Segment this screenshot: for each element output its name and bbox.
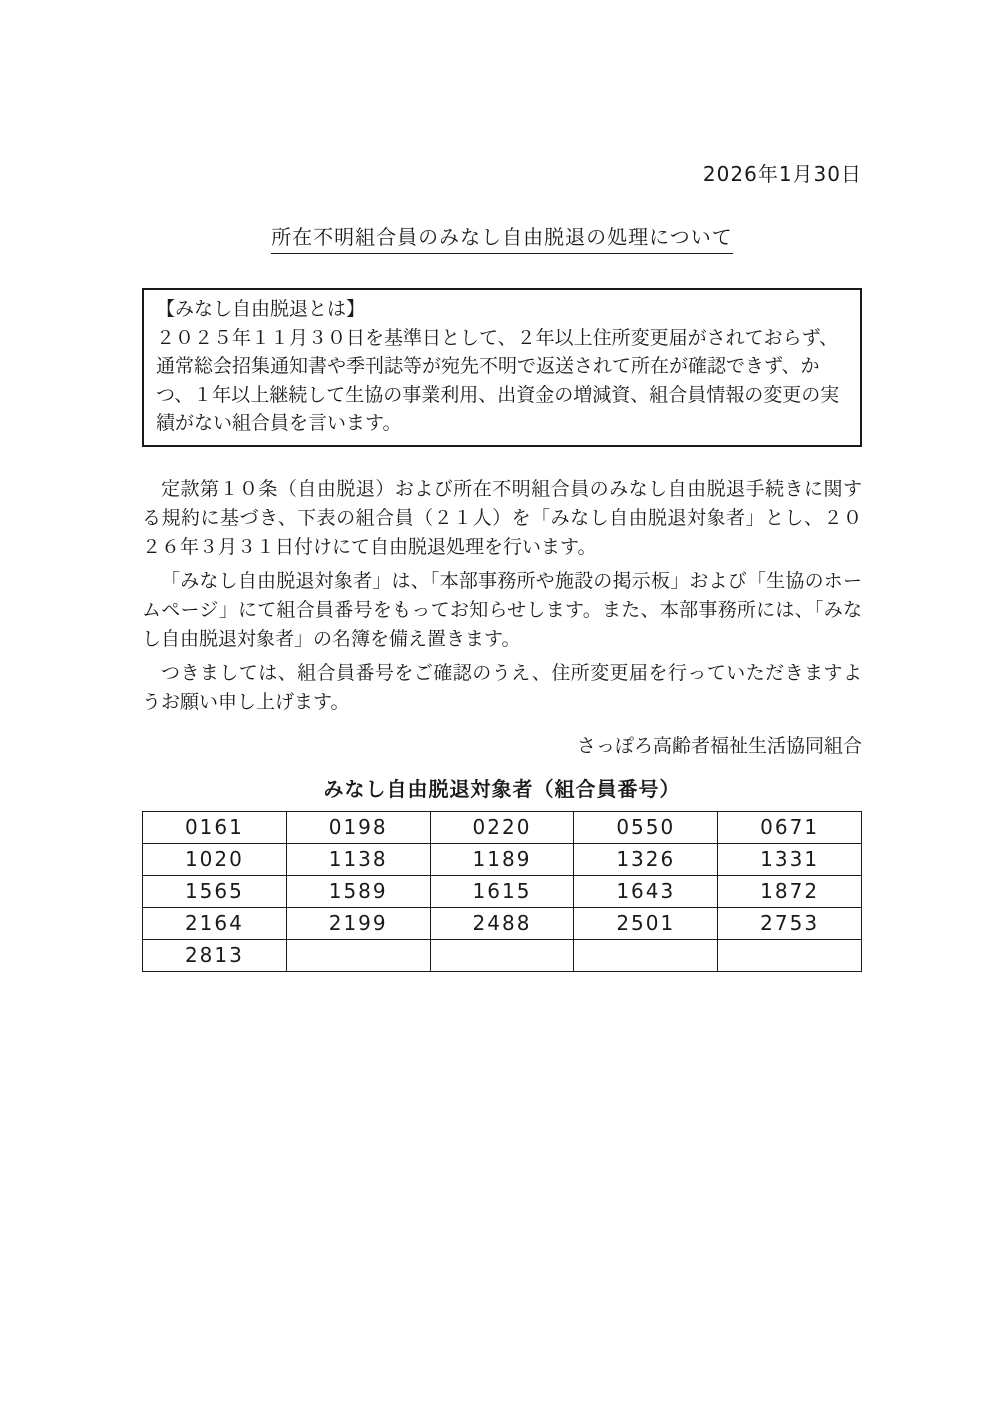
- member-number-cell: 2501: [574, 907, 718, 939]
- member-number-cell: 1020: [143, 843, 287, 875]
- member-number-cell: 0198: [286, 811, 430, 843]
- member-number-cell: 2753: [718, 907, 862, 939]
- definition-box: 【みなし自由脱退とは】 ２０２５年１１月３０日を基準日として、２年以上住所変更届…: [142, 288, 862, 447]
- member-number-cell: 1615: [430, 875, 574, 907]
- member-number-cell: 2199: [286, 907, 430, 939]
- table-row: 2813: [143, 939, 862, 971]
- document-content: 2026年1月30日 所在不明組合員のみなし自由脱退の処理について 【みなし自由…: [142, 0, 862, 972]
- member-number-cell: [718, 939, 862, 971]
- body-paragraph-1: 定款第１０条（自由脱退）および所在不明組合員のみなし自由脱退手続きに関する規約に…: [142, 475, 862, 562]
- member-number-cell: 1643: [574, 875, 718, 907]
- member-number-cell: 2164: [143, 907, 287, 939]
- table-row: 1565 1589 1615 1643 1872: [143, 875, 862, 907]
- member-number-cell: 2488: [430, 907, 574, 939]
- document-title-row: 所在不明組合員のみなし自由脱退の処理について: [142, 224, 862, 254]
- member-number-cell: 1589: [286, 875, 430, 907]
- organization-name: さっぽろ高齢者福祉生活協同組合: [142, 732, 862, 761]
- table-title: みなし自由脱退対象者（組合員番号）: [142, 775, 862, 804]
- member-number-cell: 1326: [574, 843, 718, 875]
- member-number-table: 0161 0198 0220 0550 0671 1020 1138 1189 …: [142, 811, 862, 972]
- definition-box-heading: 【みなし自由脱退とは】: [156, 295, 848, 324]
- member-number-cell: 1138: [286, 843, 430, 875]
- member-number-cell: [430, 939, 574, 971]
- document-date: 2026年1月30日: [142, 0, 862, 188]
- document-title: 所在不明組合員のみなし自由脱退の処理について: [271, 224, 733, 254]
- member-number-cell: 1331: [718, 843, 862, 875]
- member-number-cell: 1189: [430, 843, 574, 875]
- member-number-cell: 0550: [574, 811, 718, 843]
- definition-box-body: ２０２５年１１月３０日を基準日として、２年以上住所変更届がされておらず、通常総会…: [156, 327, 839, 435]
- member-number-cell: [574, 939, 718, 971]
- table-row: 0161 0198 0220 0550 0671: [143, 811, 862, 843]
- member-number-cell: 2813: [143, 939, 287, 971]
- table-row: 2164 2199 2488 2501 2753: [143, 907, 862, 939]
- member-number-cell: 0161: [143, 811, 287, 843]
- table-row: 1020 1138 1189 1326 1331: [143, 843, 862, 875]
- member-number-cell: 1872: [718, 875, 862, 907]
- body-paragraph-3: つきましては、組合員番号をご確認のうえ、住所変更届を行っていただきますようお願い…: [142, 659, 862, 717]
- document-page: 2026年1月30日 所在不明組合員のみなし自由脱退の処理について 【みなし自由…: [0, 0, 1000, 1414]
- member-number-cell: [286, 939, 430, 971]
- member-number-cell: 0220: [430, 811, 574, 843]
- member-number-cell: 1565: [143, 875, 287, 907]
- body-text: 定款第１０条（自由脱退）および所在不明組合員のみなし自由脱退手続きに関する規約に…: [142, 475, 862, 717]
- member-number-cell: 0671: [718, 811, 862, 843]
- body-paragraph-2: 「みなし自由脱退対象者」は、「本部事務所や施設の掲示板」および「生協のホームペー…: [142, 567, 862, 654]
